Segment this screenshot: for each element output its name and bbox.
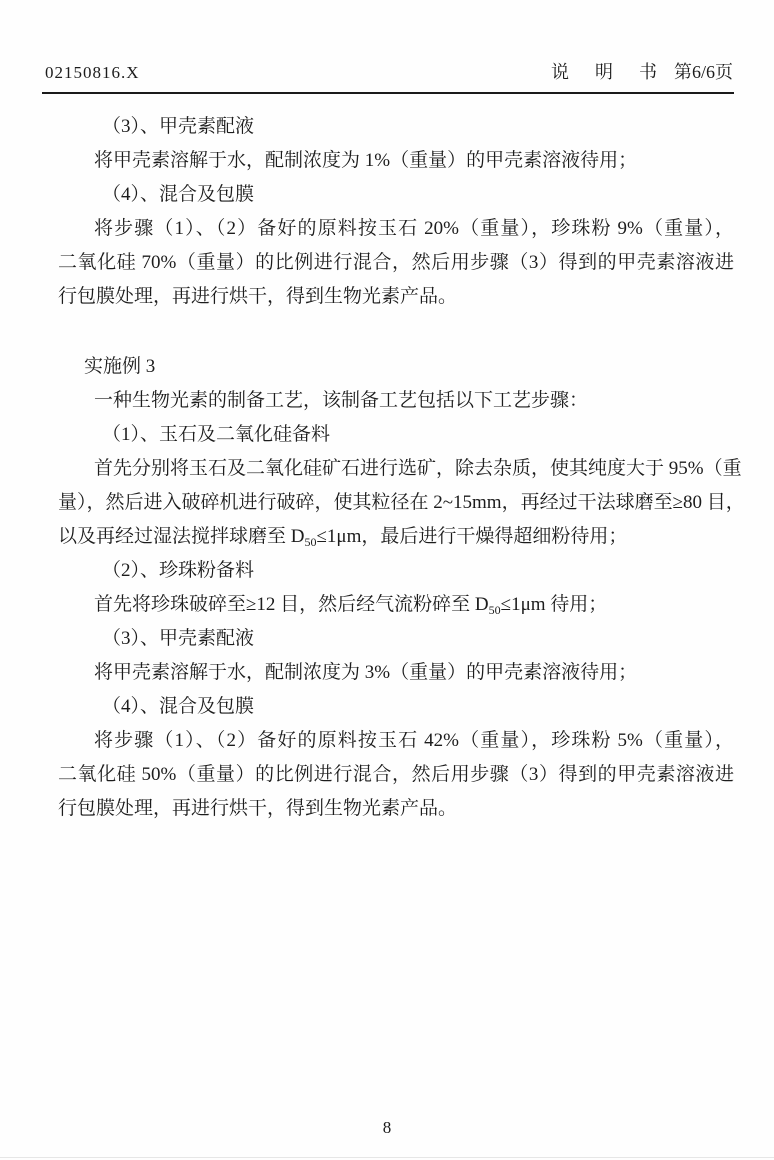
header-right-group: 说 明 书 第6/6页 xyxy=(551,58,733,84)
paragraph-line: 首先分别将玉石及二氧化硅矿石进行选矿，除去杂质，使其纯度大于 95%（重 xyxy=(58,452,734,486)
doc-title: 说 明 书 xyxy=(551,58,661,84)
page-header: 02150816.X 说 明 书 第6/6页 xyxy=(45,58,733,84)
paragraph-line: 将步骤（1）、（2）备好的原料按玉石 42%（重量），珍珠粉 5%（重量）， xyxy=(58,724,734,758)
step-heading: （1）、玉石及二氧化硅备料 xyxy=(58,418,734,452)
header-rule xyxy=(42,92,734,94)
page-footer: 8 xyxy=(0,1118,774,1138)
page-number: 8 xyxy=(383,1118,392,1137)
paragraph-line: 将甲壳素溶解于水，配制浓度为 3%（重量）的甲壳素溶液待用； xyxy=(58,656,734,690)
d50-subscript: 50 xyxy=(489,603,501,617)
document-body: （3）、甲壳素配液 将甲壳素溶解于水，配制浓度为 1%（重量）的甲壳素溶液待用；… xyxy=(58,110,734,826)
paragraph-line: 将步骤（1）、（2）备好的原料按玉石 20%（重量），珍珠粉 9%（重量）， xyxy=(58,212,734,246)
step-heading: （2）、珍珠粉备料 xyxy=(58,554,734,588)
page-indicator: 第6/6页 xyxy=(674,58,733,84)
step-heading: （4）、混合及包膜 xyxy=(58,178,734,212)
scan-edge-line xyxy=(0,1157,774,1158)
paragraph-line: 二氧化硅 50%（重量）的比例进行混合，然后用步骤（3）得到的甲壳素溶液进 xyxy=(58,758,734,792)
application-number: 02150816.X xyxy=(45,63,140,83)
paragraph-line: 量），然后进入破碎机进行破碎，使其粒径在 2~15mm，再经过干法球磨至≥80 … xyxy=(58,486,734,520)
paragraph-line: 以及再经过湿法搅拌球磨至 D50≤1μm，最后进行干燥得超细粉待用； xyxy=(58,520,734,554)
embodiment-heading: 实施例 3 xyxy=(58,350,734,384)
step-heading: （4）、混合及包膜 xyxy=(58,690,734,724)
patent-specification-page: 02150816.X 说 明 书 第6/6页 （3）、甲壳素配液 将甲壳素溶解于… xyxy=(0,0,774,1160)
step-heading: （3）、甲壳素配液 xyxy=(58,110,734,144)
paragraph-line: 将甲壳素溶解于水，配制浓度为 1%（重量）的甲壳素溶液待用； xyxy=(58,144,734,178)
step-heading: （3）、甲壳素配液 xyxy=(58,622,734,656)
paragraph-line: 行包膜处理，再进行烘干，得到生物光素产品。 xyxy=(58,280,734,314)
d50-subscript: 50 xyxy=(304,535,316,549)
paragraph-line: 行包膜处理，再进行烘干，得到生物光素产品。 xyxy=(58,792,734,826)
paragraph-line: 二氧化硅 70%（重量）的比例进行混合，然后用步骤（3）得到的甲壳素溶液进 xyxy=(58,246,734,280)
paragraph-line: 首先将珍珠破碎至≥12 目，然后经气流粉碎至 D50≤1μm 待用； xyxy=(58,588,734,622)
paragraph-line: 一种生物光素的制备工艺，该制备工艺包括以下工艺步骤： xyxy=(58,384,734,418)
